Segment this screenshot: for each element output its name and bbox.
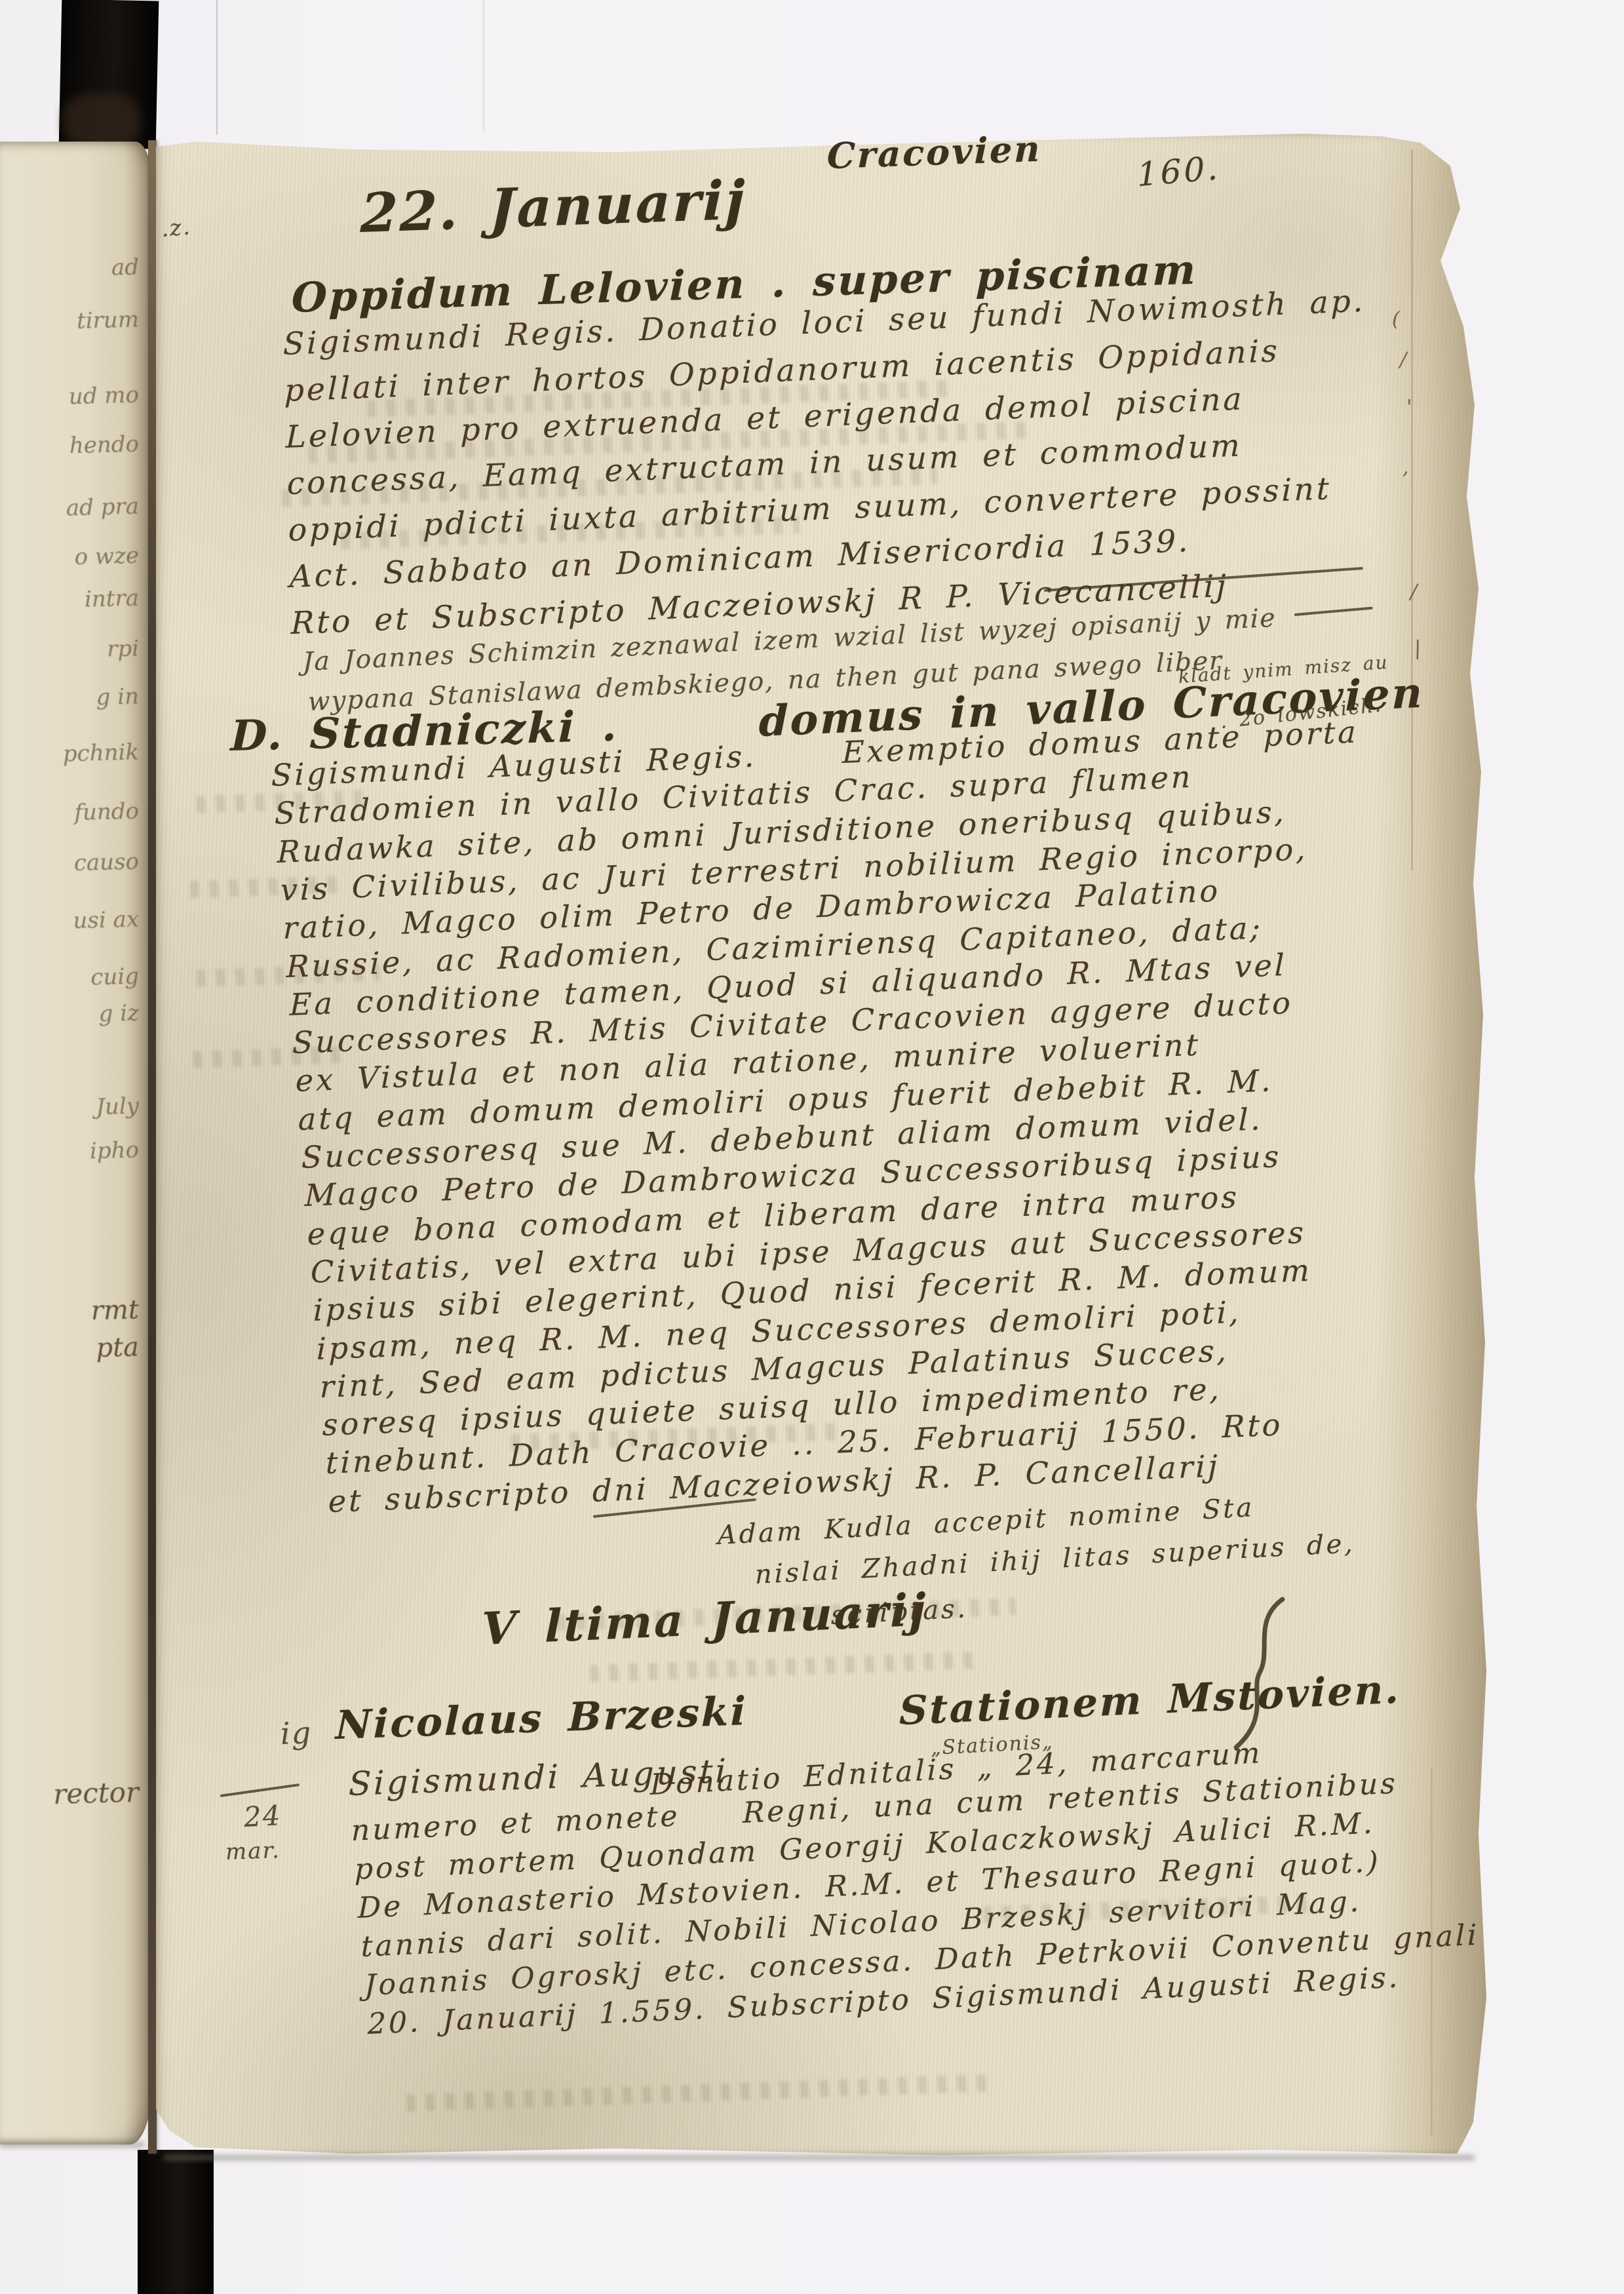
edge-ink-mark: , [1402,456,1409,479]
entry3-margin-number: ig [280,1715,313,1751]
edge-ink-mark: ' [1406,396,1412,419]
entry3-title-right: Stationem Mstovien. [899,1667,1401,1735]
page-number: 160. [1136,149,1221,194]
entry1-margin-mark: .z. [160,214,192,243]
manuscript-scan: adtirumud mohendoad prao wzeintrarpig in… [0,0,1624,2294]
entry3-margin-date-unit: mar. [225,1837,280,1865]
margin-rule [220,1783,300,1797]
entry3-margin-date-value: 24 [243,1799,282,1833]
ink-bleed-through [590,1652,984,1682]
edge-ink-mark: ( [1392,308,1400,331]
underline-flourish [1294,607,1373,616]
ink-bleed-through [197,963,381,987]
entry3-title-left: Nicolaus Brzeski [335,1688,748,1749]
edge-ink-mark: / [1410,581,1418,604]
running-title: Cracovien [826,128,1042,178]
edge-ink-mark: | [1414,637,1421,660]
entry1-date-heading: 22. Januarij [360,168,747,245]
ink-layer: Cracovien 160. .z. 22. Januarij Oppidum … [0,0,1624,2294]
edge-ink-mark: / [1400,349,1407,372]
ink-bleed-through [406,2074,996,2111]
